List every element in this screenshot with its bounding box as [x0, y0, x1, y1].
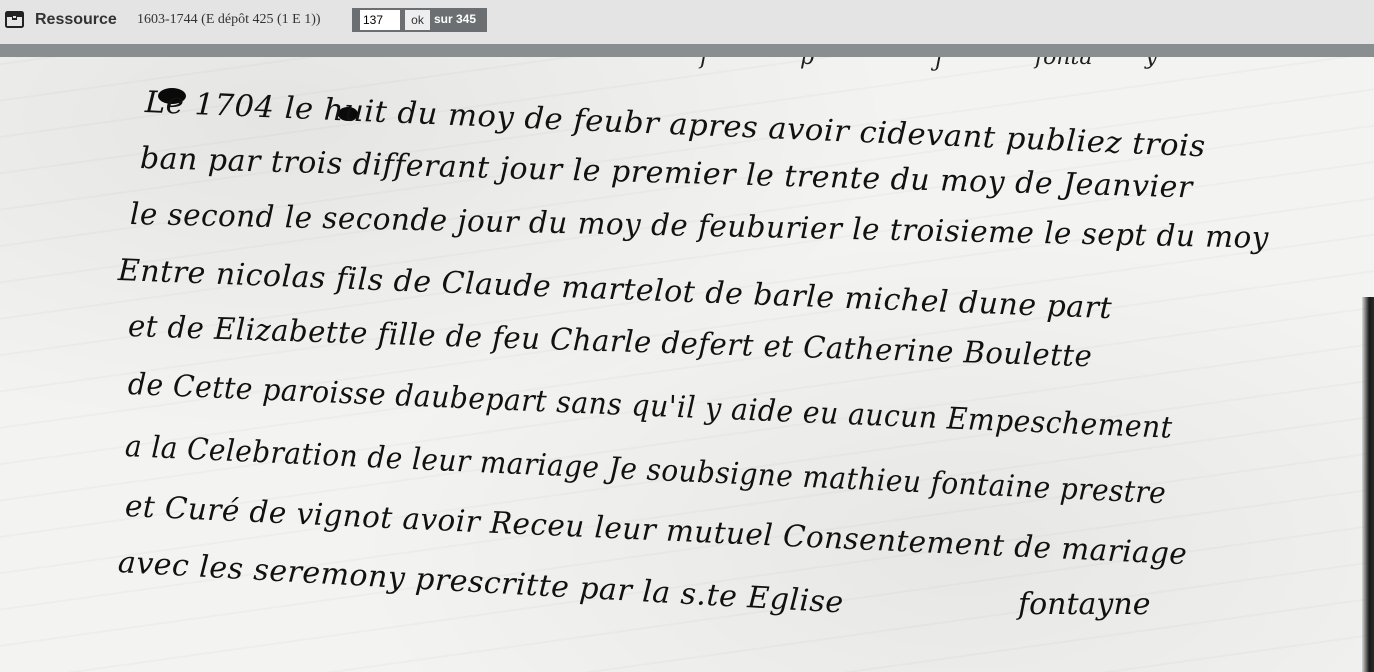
page-total: sur 345 — [434, 12, 476, 26]
priest-signature: fontayne — [1018, 587, 1150, 622]
fragment: p — [800, 57, 814, 70]
fragment: j — [935, 57, 942, 72]
page-selector: ok sur 345 — [352, 8, 487, 32]
go-to-page-button[interactable]: ok — [405, 10, 430, 30]
fragment: y — [1145, 57, 1157, 70]
resource-header: Ressource 1603-1744 (E dépôt 425 (1 E 1)… — [0, 0, 1374, 44]
document-viewer[interactable]: f p j fonta y Le 1704 le huit du moy de … — [0, 57, 1374, 672]
page-number-input[interactable] — [360, 10, 400, 30]
archive-box-icon — [5, 11, 24, 28]
resource-title: Ressource — [35, 11, 117, 29]
viewer-toolbar-strip — [0, 44, 1374, 57]
resource-subtitle: 1603-1744 (E dépôt 425 (1 E 1)) — [137, 12, 321, 28]
previous-entry-fragments: f p j fonta y — [0, 57, 1374, 87]
page-binding-shadow — [1362, 297, 1374, 672]
fragment: f — [700, 57, 708, 70]
fragment: fonta — [1035, 57, 1093, 70]
